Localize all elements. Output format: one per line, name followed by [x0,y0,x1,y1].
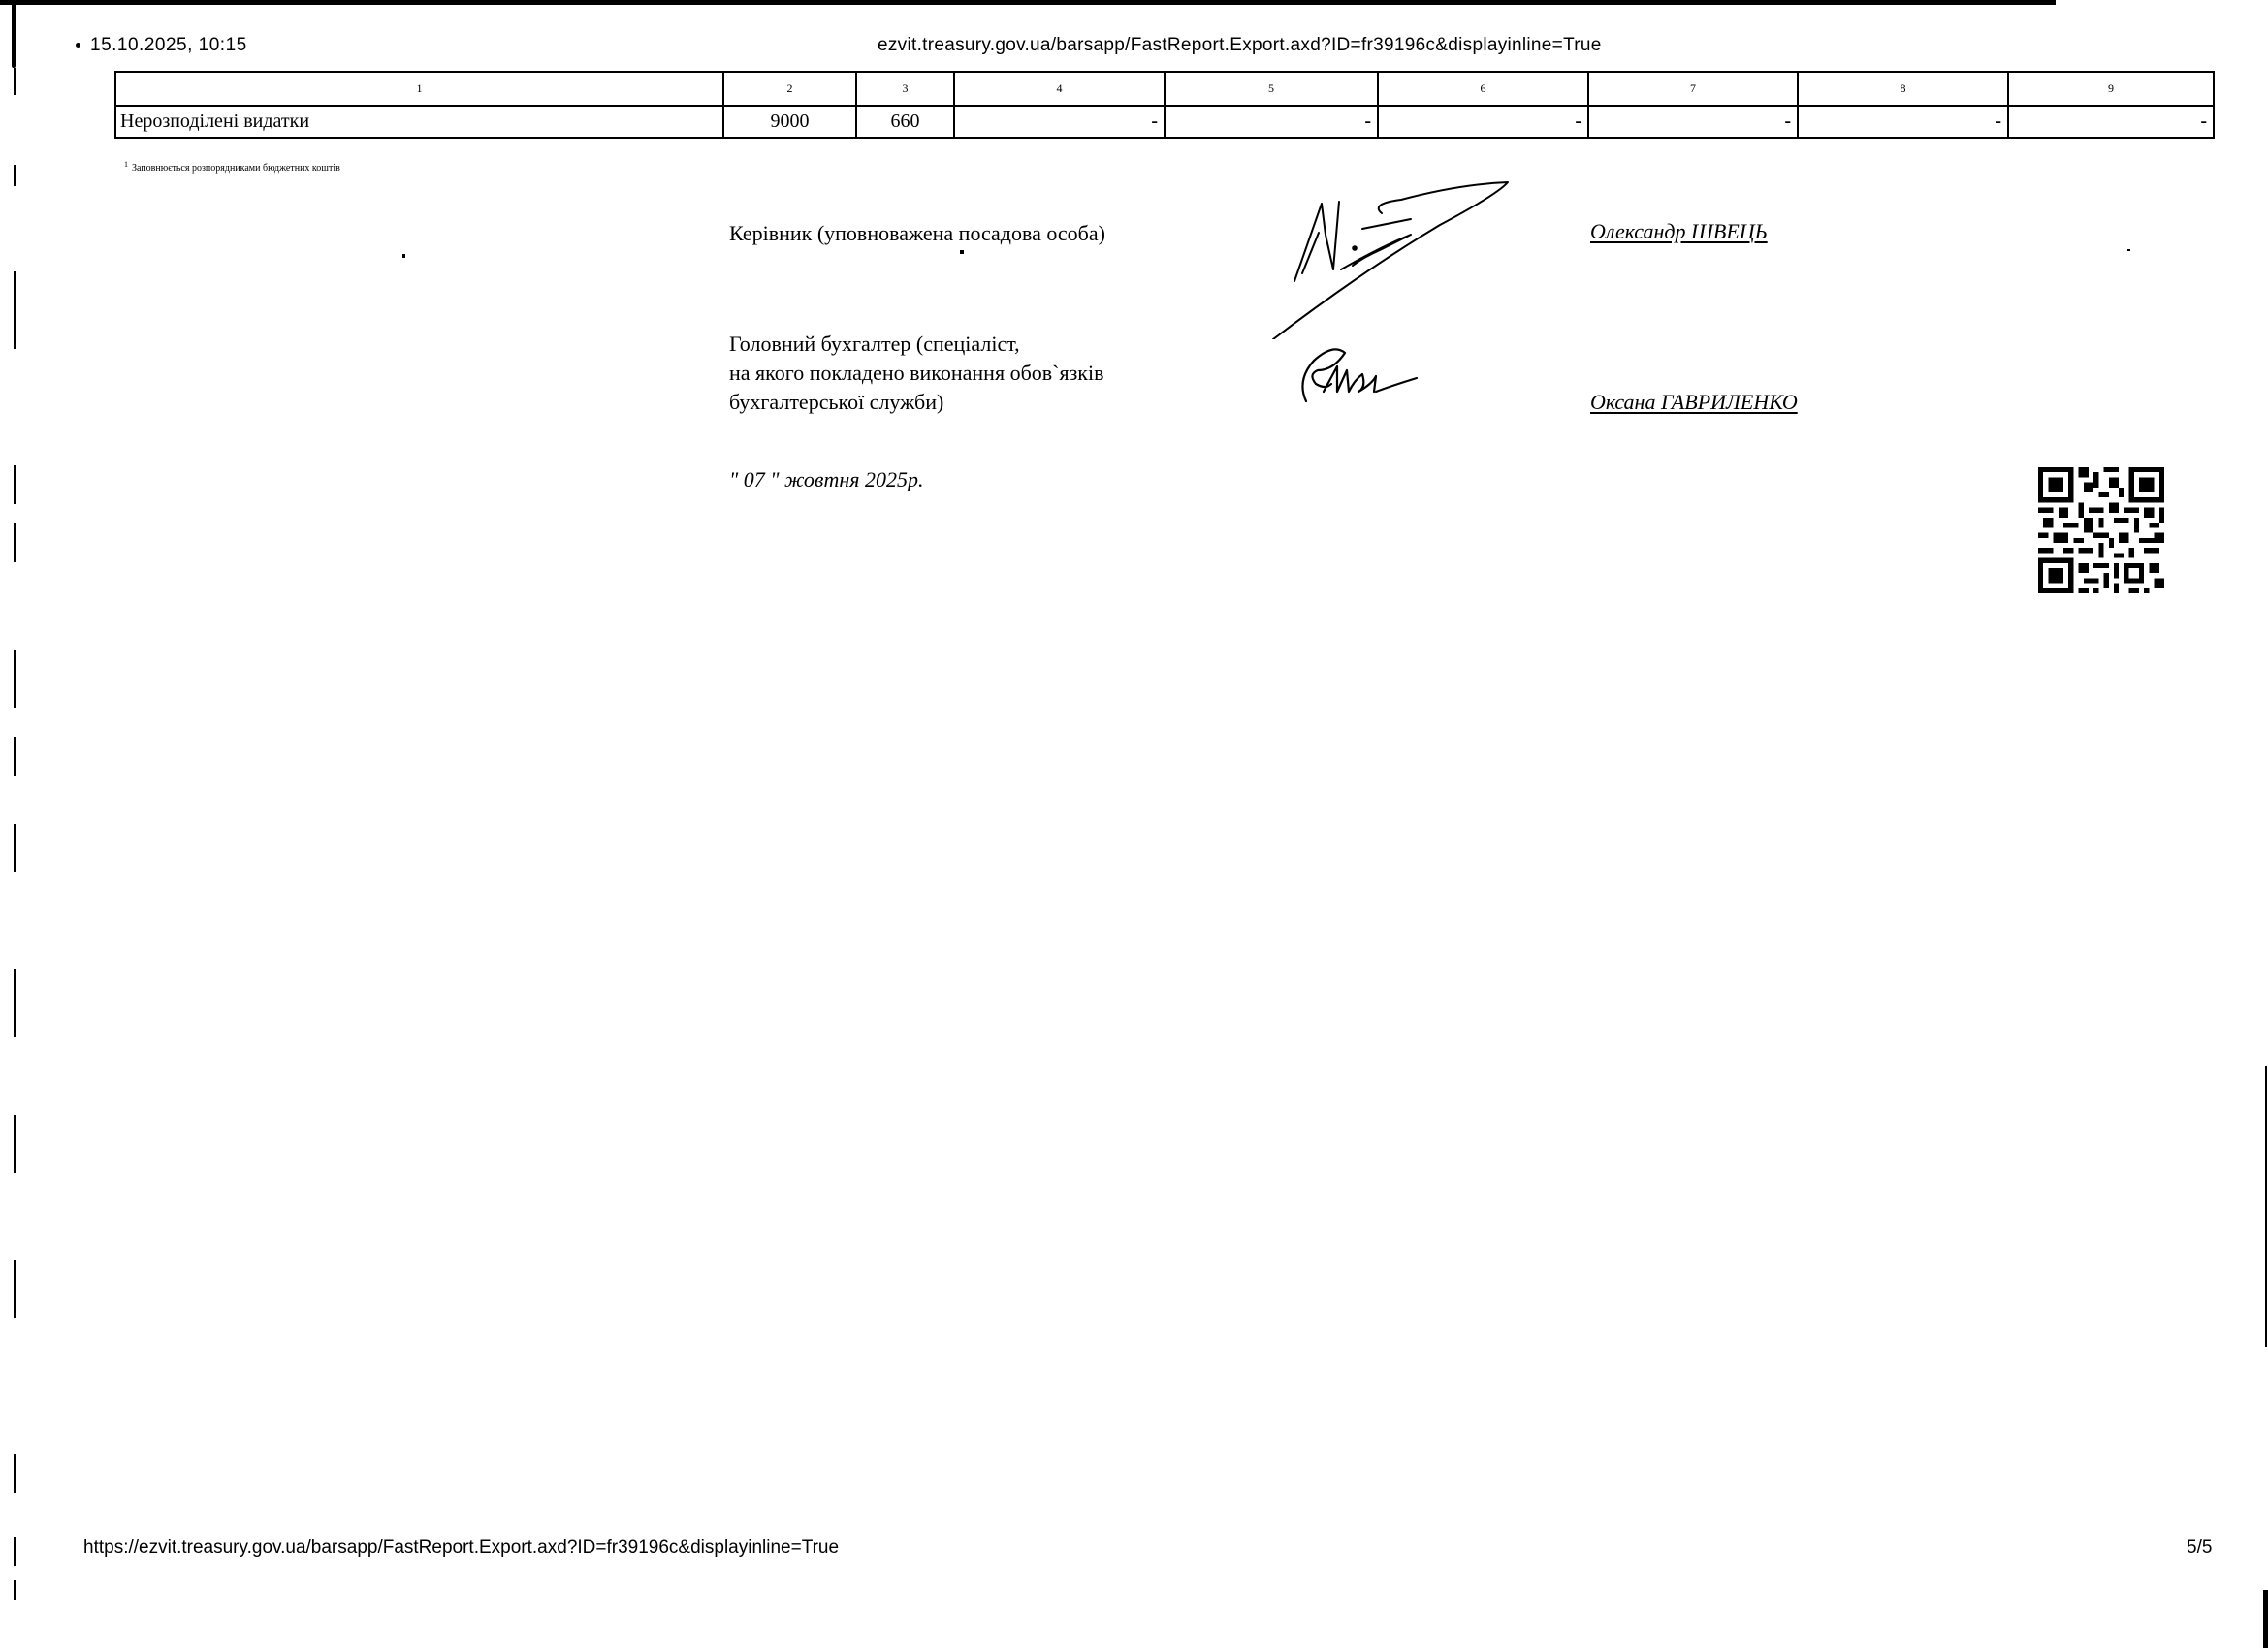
accountant-title-line: Головний бухгалтер (спеціаліст, [729,330,1103,359]
scan-top-border [0,0,2056,5]
sign-date: " 07 " жовтня 2025р. [729,467,923,492]
head-title: Керівник (уповноважена посадова особа) [729,219,1105,248]
scan-left-mark [14,165,16,186]
scan-right-mark [2265,1066,2267,1347]
cell-value: 9000 [723,106,856,138]
scan-left-mark [14,1115,16,1173]
bullet-icon [76,43,80,48]
scan-speck [402,254,405,258]
print-datetime-text: 15.10.2025, 10:15 [90,35,247,55]
print-header-url: ezvit.treasury.gov.ua/barsapp/FastReport… [878,35,1602,56]
cell-value: - [1165,106,1378,138]
accountant-signature-icon [1294,341,1421,409]
column-number: 9 [2008,72,2214,106]
scan-left-mark [14,68,16,95]
scan-left-mark [14,1580,16,1600]
scan-left-mark [14,523,16,562]
cell-value: - [1798,106,2008,138]
cell-value: - [1378,106,1588,138]
table-header-row: 1 2 3 4 5 6 7 8 9 [115,72,2214,106]
cell-value: - [2008,106,2214,138]
footnote: 1Заповнюється розпорядниками бюджетних к… [124,160,340,174]
column-number: 6 [1378,72,1588,106]
accountant-title-line: бухгалтерської служби) [729,388,1103,417]
head-signature-icon [1265,165,1517,339]
print-footer-url: https://ezvit.treasury.gov.ua/barsapp/Fa… [83,1537,839,1559]
scan-left-mark [14,824,16,872]
accountant-name: Оксана ГАВРИЛЕНКО [1590,390,1798,415]
scan-right-edge [2263,1590,2268,1648]
scan-left-mark [14,271,16,349]
scan-speck [960,250,964,254]
cell-value: 660 [856,106,954,138]
footnote-text: Заповнюється розпорядниками бюджетних ко… [132,163,340,174]
page-number: 5/5 [2187,1537,2212,1559]
scan-left-mark [14,737,16,776]
qr-code-icon [2038,467,2164,593]
column-number: 1 [115,72,723,106]
accountant-title-line: на якого покладено виконання обов`язків [729,359,1103,388]
column-number: 5 [1165,72,1378,106]
scan-left-mark [14,465,16,504]
scan-left-mark [14,1260,16,1318]
footnote-marker: 1 [124,160,128,169]
cell-value: - [954,106,1165,138]
scan-left-mark [14,969,16,1037]
table-row: Нерозподілені видатки 9000 660 - - - - -… [115,106,2214,138]
scan-left-mark [14,1454,16,1493]
column-number: 7 [1588,72,1798,106]
accountant-title: Головний бухгалтер (спеціаліст, на якого… [729,330,1103,417]
head-name: Олександр ШВЕЦЬ [1590,219,1768,244]
print-datetime: 15.10.2025, 10:15 [76,35,247,56]
column-number: 4 [954,72,1165,106]
scan-left-edge [12,0,16,68]
scan-speck [2127,249,2130,251]
column-number: 8 [1798,72,2008,106]
cell-value: - [1588,106,1798,138]
column-number: 3 [856,72,954,106]
row-name: Нерозподілені видатки [115,106,723,138]
scan-left-mark [14,650,16,708]
scan-left-mark [14,1537,16,1566]
column-number: 2 [723,72,856,106]
report-table: 1 2 3 4 5 6 7 8 9 Нерозподілені видатки … [114,71,2215,139]
